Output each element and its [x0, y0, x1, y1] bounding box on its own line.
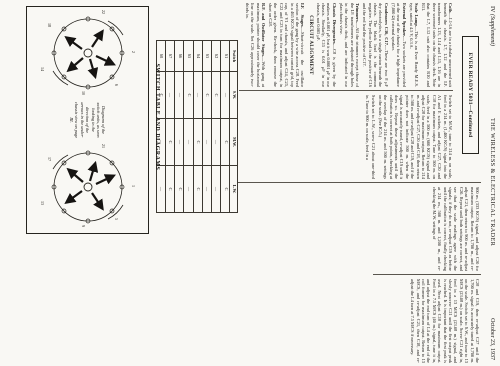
running-head: IV (Supplement) THE WIRELESS & ELECTRICA…	[489, 6, 496, 360]
table-row: S1—CC	[221, 41, 230, 213]
svg-text:6: 6	[114, 84, 119, 86]
text-column-1: Coils.—L1-L6 are in a tubular unscreened…	[238, 3, 453, 87]
para-lw-alignment-cont: 900 m. (333 KC/S) signal, and adjust C20…	[431, 187, 480, 271]
column-rule-2	[238, 182, 481, 183]
text-column-3: 900 m. (333 KC/S) signal, and adjust C20…	[370, 187, 480, 271]
switch-table: Switch S.W. M.W. L.W. S1—CC S2C—— S3C—— …	[156, 40, 238, 213]
text-column-4: C28 and C19, then re-adjust C27 until th…	[372, 279, 480, 363]
para-coils: Coils.—L1-L6 are in a tubular unscreened…	[421, 3, 453, 87]
table-row: S2C——	[212, 41, 221, 213]
svg-text:1: 1	[131, 185, 136, 187]
table-row: S7—CC	[166, 41, 175, 213]
switch-arrows	[67, 32, 113, 76]
svg-text:18: 18	[47, 23, 52, 27]
text-column-2: Switch set to M.W., tune to 214 m. on sc…	[238, 95, 453, 179]
para-divergencies: Chassis Divergencies.—C8 is given by the…	[315, 3, 337, 87]
col-header-sw: S.W.	[230, 72, 238, 119]
table-row: S4—CC	[193, 41, 202, 213]
diagram-caption: Diagrams of the switch units, as seen lo…	[69, 99, 107, 141]
rotated-page: IV (Supplement) THE WIRELESS & ELECTRICA…	[0, 0, 500, 366]
table-row: S3C——	[202, 41, 211, 213]
svg-text:10: 10	[81, 91, 86, 95]
screenshot-viewport: IV (Supplement) THE WIRELESS & ELECTRICA…	[0, 0, 500, 366]
column-rule-3	[373, 274, 481, 275]
svg-text:22: 22	[101, 10, 106, 14]
svg-text:5: 5	[114, 218, 119, 220]
para-sw-alignment: C28 and C19, then re-adjust C27 until th…	[410, 279, 480, 363]
switch-section-heading: SWITCH TABLE AND DIAGRAMS	[154, 0, 160, 234]
svg-text:14: 14	[40, 67, 45, 71]
col-header-mw: M.W.	[230, 119, 238, 166]
supplement-label: (Supplement)	[489, 14, 495, 46]
switch-diagrams-box: 2 6 10 14 18 22 Diagrams of the switch u…	[26, 6, 149, 234]
col-header-switch: Switch	[230, 41, 238, 72]
page-number: IV (Supplement)	[489, 6, 496, 46]
table-row: S6——C	[175, 41, 184, 213]
journal-title: THE WIRELESS & ELECTRICAL TRADER	[489, 118, 496, 246]
issue-date: October 23, 1937	[489, 318, 495, 360]
wafer-outline	[54, 19, 122, 87]
spindle-hub	[84, 49, 92, 57]
svg-text:9: 9	[81, 225, 86, 227]
para-scale-lamp: Scale Lamp.—This is an Ever Ready M.E.S.…	[408, 3, 419, 87]
svg-text:2: 2	[131, 51, 136, 53]
para-lw-alignment: Switch set to L.W., screw C21 about one-…	[365, 95, 376, 179]
wafer-outline	[54, 153, 122, 221]
page-number-label: IV	[489, 6, 496, 13]
svg-text:13: 13	[40, 201, 45, 205]
column-rule-1	[239, 90, 453, 91]
para-mw-alignment: Switch set to M.W., tune to 214 m. on sc…	[377, 95, 453, 179]
para-trimmers: Trimmers.—All the trimmers except those …	[339, 3, 361, 87]
col-header-lw: L.W.	[230, 166, 238, 213]
svg-text:21: 21	[101, 144, 106, 148]
para-condensers: Condensers C16, C17.—These are two 8 μF …	[362, 3, 389, 87]
continuation-title: EVER READY 5031—Continued	[468, 53, 474, 138]
spindle-hub	[84, 183, 92, 191]
para-external-speaker: External Speaker.—Two sockets are provid…	[390, 3, 406, 87]
switch-table-header-row: Switch S.W. M.W. L.W.	[230, 41, 238, 213]
svg-text:17: 17	[47, 157, 52, 161]
para-if-stages: I.F. Stages.—Short-circuit the oscillato…	[268, 3, 306, 87]
circuit-alignment-heading: CIRCUIT ALIGNMENT	[307, 3, 312, 87]
switch-arrows	[67, 164, 113, 208]
para-rf-osc-stages: R.F. and Oscillator Stages.—With gang at…	[244, 3, 266, 87]
continuation-title-box: EVER READY 5031—Continued	[462, 36, 479, 154]
table-row: S5C——	[184, 41, 193, 213]
switch-diagram-right: 1 5 9 13 17 21	[29, 141, 148, 233]
switch-diagram-left: 2 6 10 14 18 22	[29, 7, 148, 99]
